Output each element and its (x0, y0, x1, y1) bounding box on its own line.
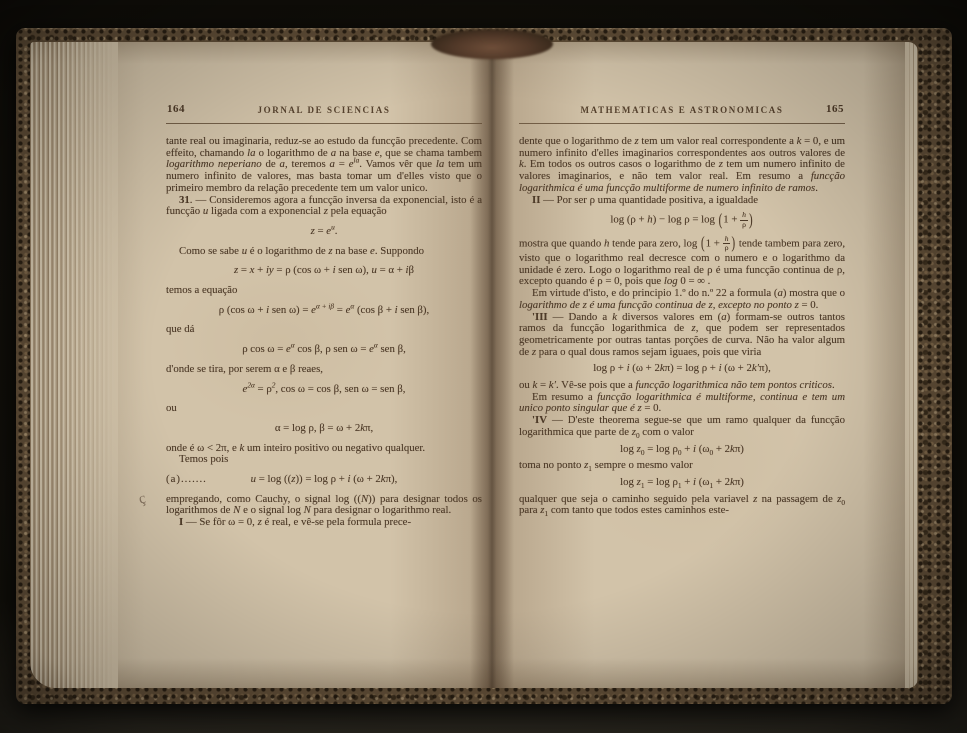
italic-text: z (532, 346, 536, 358)
right-page-header: 165 MATHEMATICAS E ASTRONOMICAS (519, 100, 845, 120)
italic-text: e (375, 147, 380, 159)
italic-text: k (381, 473, 386, 485)
right-page: 165 MATHEMATICAS E ASTRONOMICAS dente qu… (519, 100, 845, 517)
italic-text: u (203, 205, 208, 217)
italic-text: i (719, 362, 722, 374)
italic-text: k (730, 443, 735, 455)
subscript: 0 (641, 448, 645, 457)
paragraph: qualquer que seja o caminho seguido pela… (519, 494, 845, 517)
italic-text: u (242, 245, 247, 257)
left-page: 164 JORNAL DE SCIENCIAS tante real ou im… (166, 100, 482, 529)
italic-text: z (719, 158, 723, 170)
italic-text: k (612, 311, 617, 323)
italic-text: k (360, 422, 365, 434)
italic-text: funcção logarithmica não tem pontos crit… (636, 379, 832, 391)
subscript: 1 (709, 481, 713, 490)
left-page-text: tante real ou imaginaria, reduz-se ao es… (166, 136, 482, 529)
paragraph: Como se sabe u é o logarithmo de z na ba… (166, 246, 482, 258)
bold-text: I (179, 516, 183, 528)
paragraph: empregando, como Cauchy, o signal log ((… (166, 494, 482, 517)
italic-text: h (604, 237, 609, 249)
italic-text: k (240, 442, 245, 454)
equation-label: (a)....... (166, 474, 207, 486)
paragraph: temos a equação (166, 285, 482, 297)
italic-text: z (753, 493, 757, 505)
subscript: 1 (588, 464, 592, 473)
italic-text: funcção logarithmica é multiforme, conti… (519, 391, 845, 415)
italic-text: N (233, 504, 240, 516)
left-page-header: 164 JORNAL DE SCIENCIAS (166, 100, 482, 120)
bold-text: II (532, 194, 540, 206)
bold-text: 31 (179, 194, 190, 206)
italic-text: i (266, 304, 269, 316)
right-page-number: 165 (826, 103, 844, 115)
italic-text: i (627, 362, 630, 374)
subscript: 0 (678, 448, 682, 457)
fraction: hρ (723, 235, 731, 253)
italic-text: logarithmo de z é uma funcção continua d… (519, 299, 799, 311)
italic-text: x (250, 264, 255, 276)
right-header-rule (519, 123, 845, 124)
italic-text: logarithmo neperiano (166, 158, 262, 170)
subscript: 1 (641, 481, 645, 490)
italic-text: la (436, 158, 444, 170)
superscript: 2α (247, 380, 255, 389)
big-paren: ( (701, 236, 705, 254)
equation: ρ cos ω = eα cos β, ρ sen ω = eα sen β, (166, 344, 482, 356)
equation: z = eu. (166, 226, 482, 238)
italic-text: z (692, 322, 696, 334)
italic-text: u (251, 473, 256, 485)
italic-text: u (372, 264, 377, 276)
page-stack-left-edges (30, 42, 118, 688)
italic-text: k (730, 476, 735, 488)
subscript: 1 (678, 481, 682, 490)
italic-text: a (721, 311, 726, 323)
equation: log (ρ + h) − log ρ = log (1 + hρ) (519, 211, 845, 229)
italic-text: i (406, 264, 409, 276)
paragraph: II — Por ser ρ uma quantidade positiva, … (519, 195, 845, 207)
italic-text: z (291, 473, 295, 485)
equation: (a).......u = log ((z)) = log ρ + i (ω +… (166, 474, 482, 486)
italic-text: i (333, 264, 336, 276)
italic-text: z (234, 264, 238, 276)
italic-text: k′ (752, 362, 759, 374)
paragraph: 'IV — D'este theorema segue-se que um ra… (519, 415, 845, 438)
left-header-rule (166, 123, 482, 124)
italic-text: z (258, 516, 262, 528)
paragraph: d'onde se tira, por serem α e β reaes, (166, 364, 482, 376)
page-stack-right-edges (905, 42, 918, 688)
paragraph: ou (166, 403, 482, 415)
italic-text: a (280, 158, 285, 170)
equation: z = x + iy = ρ (cos ω + i sen ω), u = α … (166, 265, 482, 277)
big-paren: ) (731, 236, 735, 254)
subscript: 0 (841, 498, 845, 507)
paragraph: dente que o logarithmo de z tem um valor… (519, 136, 845, 195)
italic-text: z (324, 205, 328, 217)
italic-text: i (693, 476, 696, 488)
superscript: α + iβ (316, 301, 334, 310)
paragraph: que dá (166, 324, 482, 336)
superscript: α (374, 341, 378, 350)
paragraph: 31. — Consideremos agora a funcção inver… (166, 195, 482, 218)
paragraph: 'III — Dando a k diversos valores em (a)… (519, 312, 845, 359)
paragraph: Em virtude d'isto, e do principio 1.º do… (519, 288, 845, 311)
subscript: 0 (709, 448, 713, 457)
big-paren: ) (749, 213, 753, 231)
equation: α = log ρ, β = ω + 2kπ, (166, 423, 482, 435)
book-spine-top (431, 29, 553, 59)
paragraph: mostra que quando h tende para zero, log… (519, 235, 845, 289)
italic-text: k′ (549, 379, 556, 391)
italic-text: i (693, 443, 696, 455)
equation: log ρ + i (ω + 2kπ) = log ρ + i (ω + 2k′… (519, 363, 845, 375)
italic-text: i (395, 304, 398, 316)
right-page-text: dente que o logarithmo de z tem um valor… (519, 136, 845, 517)
paragraph: I — Se fôr ω = 0, z é real, e vê-se pela… (166, 517, 482, 529)
superscript: 2 (272, 380, 276, 389)
equation: e2α = ρ2, cos ω = cos β, sen ω = sen β, (166, 384, 482, 396)
subscript: 1 (544, 510, 548, 519)
paragraph: tante real ou imaginaria, reduz-se ao es… (166, 136, 482, 195)
italic-text: e (370, 245, 375, 257)
fraction: hρ (740, 211, 748, 229)
italic-text: N (304, 504, 311, 516)
equation: log z0 = log ρ0 + i (ω0 + 2kπ) (519, 444, 845, 456)
superscript: la (354, 156, 360, 165)
italic-text: z (328, 245, 332, 257)
right-running-title: MATHEMATICAS E ASTRONOMICAS (519, 100, 845, 115)
italic-text: funcção logarithmica é uma funcção multi… (519, 170, 845, 194)
italic-text: z (634, 135, 638, 147)
italic-text: i (348, 473, 351, 485)
superscript: α (350, 301, 354, 310)
fraction-denominator: ρ (740, 221, 748, 230)
italic-text: a (330, 158, 335, 170)
left-running-title: JORNAL DE SCIENCIAS (166, 100, 482, 115)
big-paren: ( (719, 213, 723, 231)
left-page-number: 164 (167, 103, 185, 115)
italic-text: la (247, 147, 255, 159)
photo-background: 164 JORNAL DE SCIENCIAS tante real ou im… (0, 0, 967, 733)
italic-text: a (331, 147, 336, 159)
italic-text: h (647, 214, 652, 226)
superscript: α (291, 341, 295, 350)
italic-text: N (361, 493, 368, 505)
bold-text: 'III (532, 311, 548, 323)
subscript: 0 (636, 431, 640, 440)
equation: log z1 = log ρ1 + i (ω1 + 2kπ) (519, 477, 845, 489)
italic-text: iy (266, 264, 274, 276)
italic-text: z (311, 225, 315, 237)
italic-text: log (664, 275, 678, 287)
equation: ρ (cos ω + i sen ω) = eα + iβ = eα (cos … (166, 305, 482, 317)
superscript: u (331, 222, 335, 231)
fraction-denominator: ρ (723, 244, 731, 253)
paragraph: Em resumo a funcção logarithmica é multi… (519, 392, 845, 415)
bold-text: 'IV (532, 414, 547, 426)
paragraph: toma no ponto z1 sempre o mesmo valor (519, 460, 845, 472)
italic-text: k (533, 379, 538, 391)
paragraph: Temos pois (166, 454, 482, 466)
italic-text: a (777, 287, 782, 299)
italic-text: k (797, 135, 802, 147)
italic-text: k (519, 158, 524, 170)
italic-text: k (660, 362, 665, 374)
